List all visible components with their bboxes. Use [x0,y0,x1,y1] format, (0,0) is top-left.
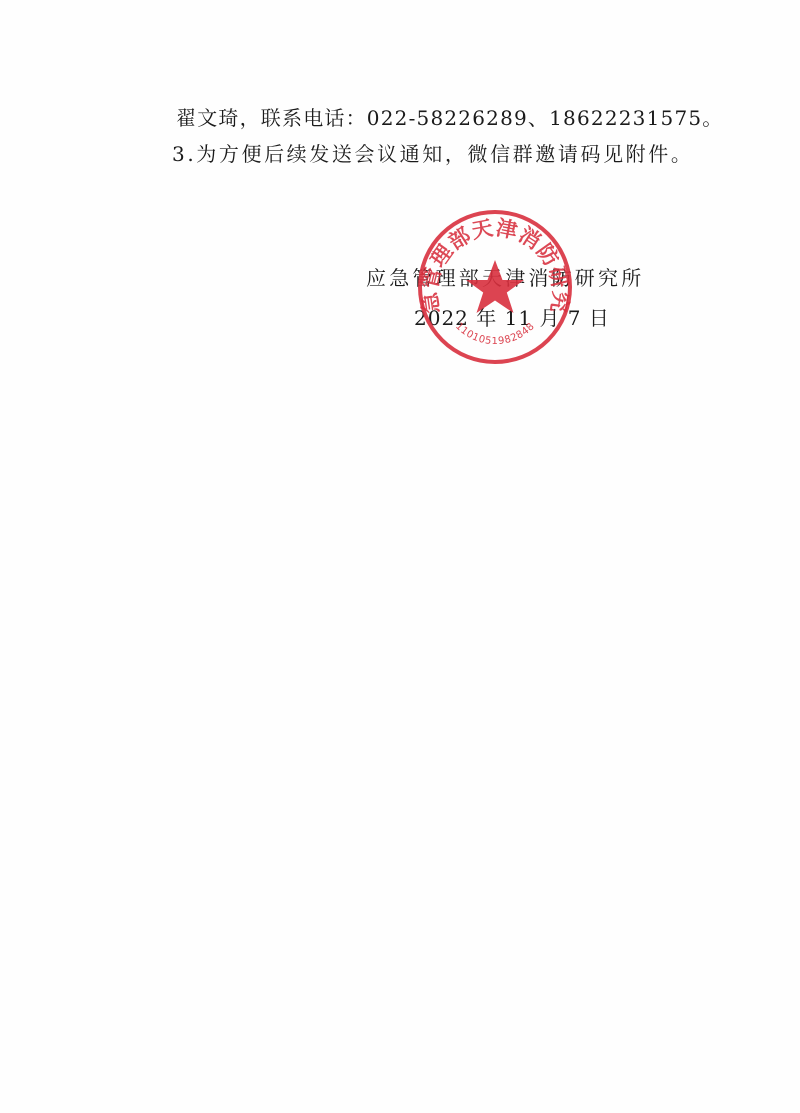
date-day-unit: 日 [589,306,610,330]
signature-organization: 应急管理部天津消防研究所 [366,266,644,290]
date-day: 7 [568,306,582,330]
date-year-unit: 年 [476,306,497,330]
date-year: 2022 [414,306,469,330]
date-month-unit: 月 [539,306,560,330]
date-month: 11 [505,306,532,330]
signature-date: 2022 年 11 月 7 日 [414,306,610,330]
document-page: 翟文琦，联系电话：022-58226289、18622231575。 3.为方便… [0,0,800,1113]
contact-line: 翟文琦，联系电话：022-58226289、18622231575。 [176,106,724,130]
seal-arc-text: 应急管理部天津消防研究所 [416,208,573,315]
invite-code-note: 3.为方便后续发送会议通知，微信群邀请码见附件。 [172,142,693,166]
